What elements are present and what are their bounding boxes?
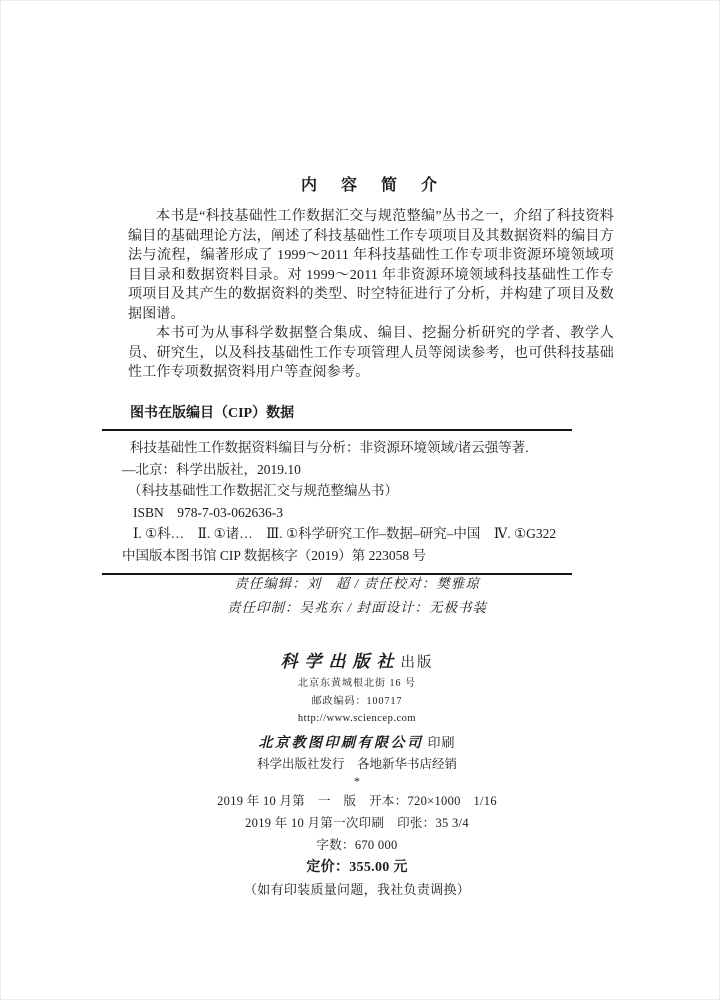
printing-cover-design-line: 责任印制：吴兆东 / 封面设计：无极书装	[0, 596, 714, 620]
printer-name: 北京教图印刷有限公司	[258, 736, 423, 751]
word-count-line: 字数：670 000	[0, 834, 714, 856]
imprint-section: 科学出版社出版 北京东黄城根北街 16 号 邮政编码：100717 http:/…	[0, 650, 714, 789]
exchange-note-line: （如有印装质量问题，我社负责调换）	[0, 879, 714, 901]
cip-record-line: 中国版本图书馆 CIP 数据核字（2019）第 223058 号	[102, 545, 572, 567]
cip-series-line: （科技基础性工作数据汇交与规范整编丛书）	[102, 480, 572, 502]
first-printing-line: 2019 年 10 月第一次印刷 印张：35 3/4	[0, 812, 714, 834]
edition-price-section: 2019 年 10 月第 一 版 开本：720×1000 1/16 2019 年…	[0, 790, 714, 901]
cip-body: 科技基础性工作数据资料编目与分析：非资源环境领域/诸云强等著. —北京：科学出版…	[102, 431, 572, 573]
press-address: 北京东黄城根北街 16 号	[0, 675, 714, 693]
cip-header: 图书在版编目（CIP）数据	[102, 402, 572, 422]
printer-suffix: 印刷	[427, 735, 455, 750]
cip-title-line: 科技基础性工作数据资料编目与分析：非资源环境领域/诸云强等著.	[102, 437, 572, 459]
press-name: 科学出版社	[281, 652, 401, 671]
price-line: 定价：355.00 元	[0, 856, 714, 879]
press-website: http://www.sciencep.com	[0, 710, 714, 728]
separator-asterisk: *	[0, 774, 714, 789]
content-summary-section: 内 容 简 介 本书是“科技基础性工作数据汇交与规范整编”丛书之一，介绍了科技资…	[128, 172, 614, 383]
book-copyright-page: 内 容 简 介 本书是“科技基础性工作数据汇交与规范整编”丛书之一，介绍了科技资…	[0, 0, 720, 1000]
cip-classification-line: Ⅰ. ①科… Ⅱ. ①诸… Ⅲ. ①科学研究工作–数据–研究–中国 Ⅳ. ①G3…	[102, 523, 572, 545]
content-summary-title: 内 容 简 介	[128, 172, 614, 195]
content-summary-paragraph-2: 本书可为从事科学数据整合集成、编目、挖掘分析研究的学者、教学人员、研究生，以及科…	[128, 324, 614, 383]
first-edition-line: 2019 年 10 月第 一 版 开本：720×1000 1/16	[0, 790, 714, 812]
distribution-line: 科学出版社发行 各地新华书店经销	[0, 754, 714, 774]
content-summary-paragraph-1: 本书是“科技基础性工作数据汇交与规范整编”丛书之一，介绍了科技资料编目的基础理论…	[128, 207, 614, 324]
cip-publisher-line: —北京：科学出版社，2019.10	[102, 459, 572, 481]
press-name-suffix: 出版	[401, 655, 434, 671]
editor-proofreader-line: 责任编辑：刘 超 / 责任校对：樊雅琼	[0, 572, 714, 596]
cip-data-section: 图书在版编目（CIP）数据 科技基础性工作数据资料编目与分析：非资源环境领域/诸…	[102, 402, 572, 575]
press-name-line: 科学出版社出版	[0, 650, 714, 675]
staff-credits-section: 责任编辑：刘 超 / 责任校对：樊雅琼 责任印制：吴兆东 / 封面设计：无极书装	[0, 572, 714, 620]
printer-line: 北京教图印刷有限公司 印刷	[0, 733, 714, 754]
isbn-line: ISBN 978-7-03-062636-3	[102, 502, 572, 524]
press-postcode: 邮政编码：100717	[0, 693, 714, 711]
